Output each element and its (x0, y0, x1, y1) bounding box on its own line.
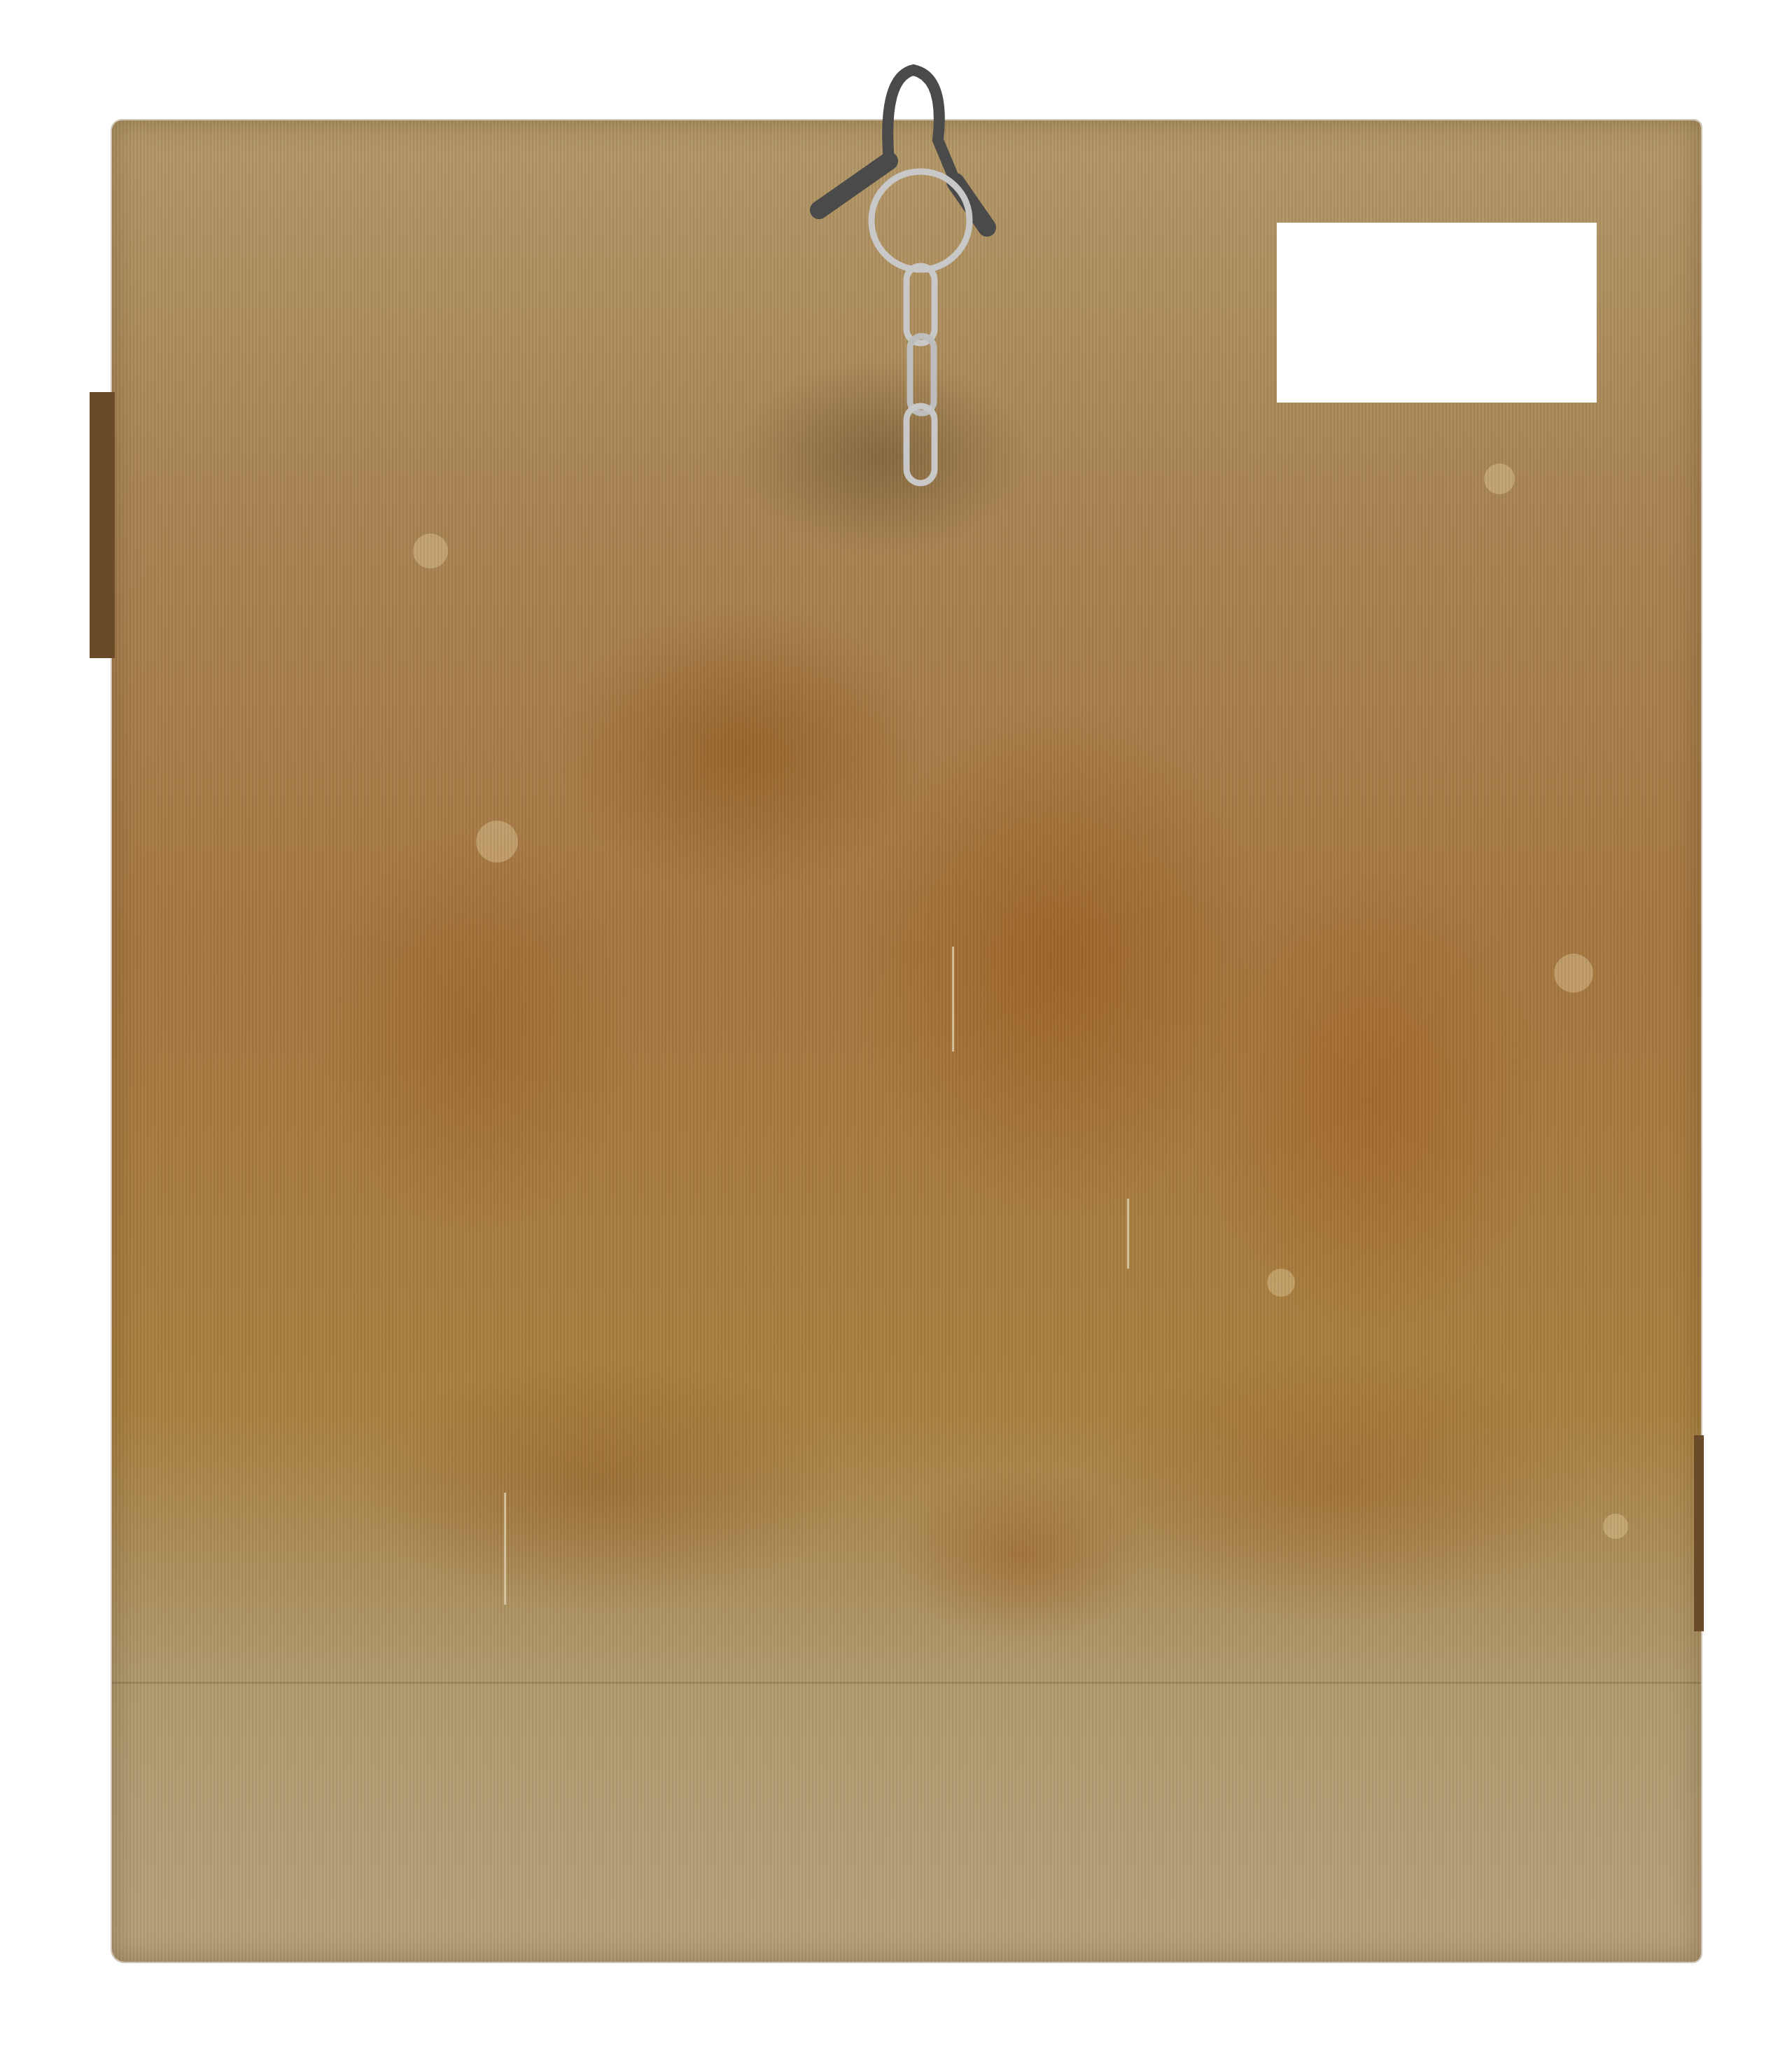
exposed-wood-right-edge (1694, 1435, 1704, 1631)
water-spot (413, 534, 448, 569)
water-spot (1554, 954, 1593, 993)
loose-thread (1127, 1199, 1129, 1269)
water-spot (1484, 463, 1515, 494)
hanging-hook-chain-icon (791, 49, 1029, 497)
exposed-wood-left-edge (90, 392, 115, 658)
water-spot (1267, 1269, 1295, 1297)
loose-thread (504, 1493, 506, 1605)
water-spot (1603, 1514, 1628, 1539)
water-spot (476, 821, 518, 863)
fabric-hem-seam (112, 1682, 1701, 1684)
redacted-label (1277, 223, 1597, 403)
loose-thread (952, 947, 954, 1052)
